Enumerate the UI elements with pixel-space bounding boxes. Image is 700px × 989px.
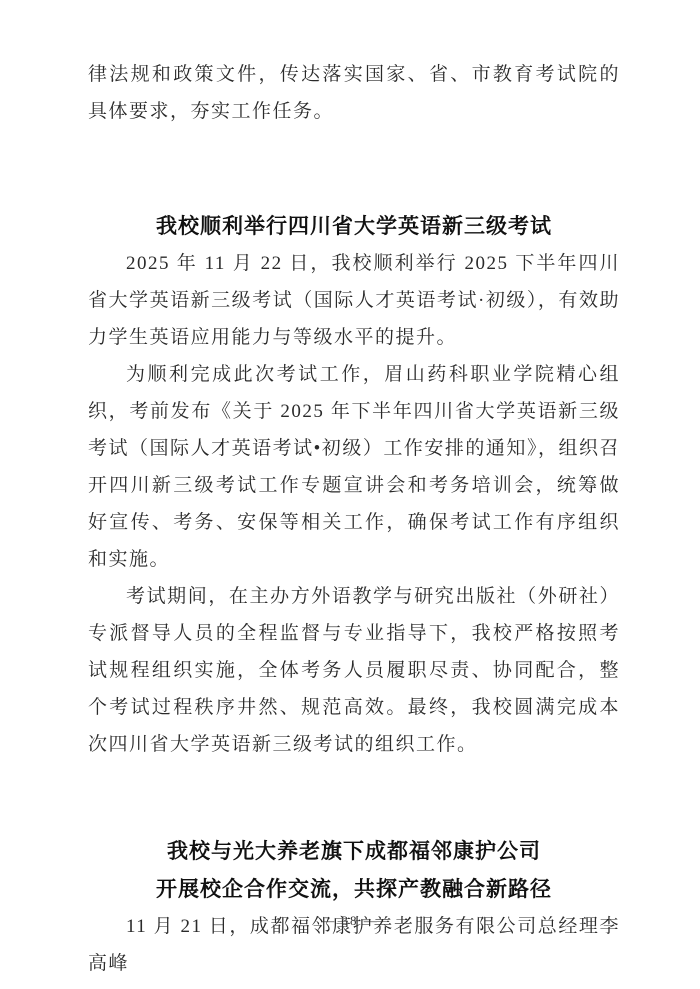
- section-heading-english-exam: 我校顺利举行四川省大学英语新三级考试: [88, 207, 620, 245]
- paragraph: 2025 年 11 月 22 日，我校顺利举行 2025 下半年四川省大学英语新…: [88, 245, 620, 356]
- heading-line: 我校顺利举行四川省大学英语新三级考试: [88, 207, 620, 245]
- section-english-exam: 我校顺利举行四川省大学英语新三级考试 2025 年 11 月 22 日，我校顺利…: [88, 207, 620, 763]
- heading-line: 我校与光大养老旗下成都福邻康护公司: [88, 832, 620, 870]
- section-heading-cooperation: 我校与光大养老旗下成都福邻康护公司 开展校企合作交流，共探产教融合新路径: [88, 832, 620, 908]
- section-school-enterprise-cooperation: 我校与光大养老旗下成都福邻康护公司 开展校企合作交流，共探产教融合新路径 11 …: [88, 832, 620, 982]
- page-number: — 38 —: [0, 913, 700, 929]
- paragraph: 考试期间，在主办方外语教学与研究出版社（外研社）专派督导人员的全程监督与专业指导…: [88, 578, 620, 763]
- heading-line: 开展校企合作交流，共探产教融合新路径: [88, 870, 620, 908]
- paragraph: 为顺利完成此次考试工作，眉山药科职业学院精心组织，考前发布《关于 2025 年下…: [88, 356, 620, 578]
- paragraph-continuation: 律法规和政策文件，传达落实国家、省、市教育考试院的具体要求，夯实工作任务。: [88, 56, 620, 130]
- document-page: 律法规和政策文件，传达落实国家、省、市教育考试院的具体要求，夯实工作任务。 我校…: [0, 0, 700, 989]
